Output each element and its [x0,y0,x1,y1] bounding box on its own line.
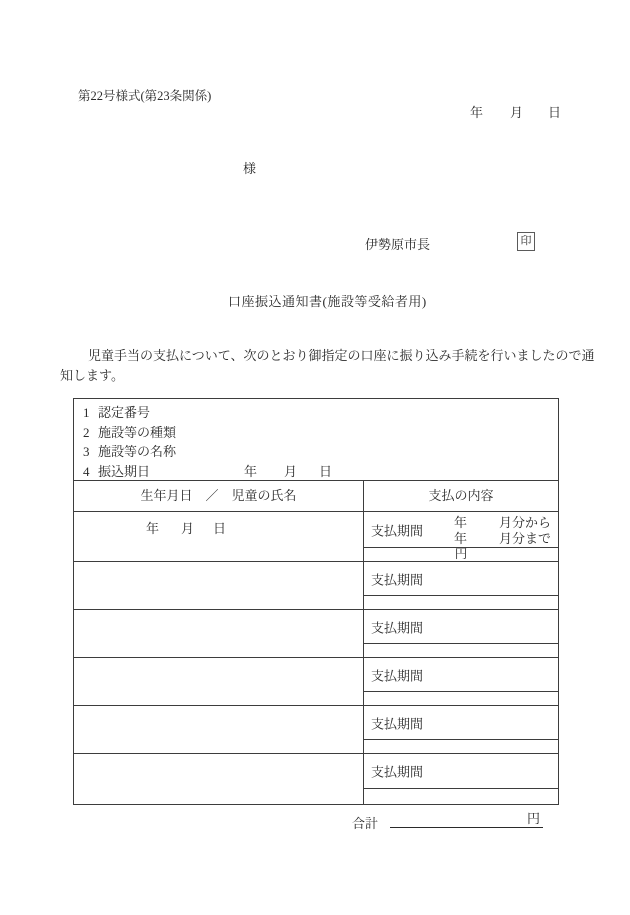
document-page: 第22号様式(第23条関係) 年 月 日 様 伊勢原市長 印 口座振込通知書(施… [0,0,630,915]
payment-period-cell: 支払期間 [364,754,558,789]
issue-date-month-label: 月 [510,102,523,121]
info-item-number: 4 [83,462,90,482]
child-info-cell-empty [74,562,364,609]
payment-table-row: 支払期間 [74,562,558,610]
header-birthdate-childname: 生年月日 ／ 児童の氏名 [74,481,364,511]
payment-table-row: 支払期間 [74,610,558,658]
info-item-transfer-date: 4 振込期日 年 月 日 [74,462,558,482]
info-item-number: 2 [83,423,90,443]
payment-period-cell: 支払期間 年 月分から 年 月分まで [364,512,558,548]
info-item-label: 振込期日 [98,462,150,482]
seal-mark-box: 印 [517,232,535,251]
payment-period-cell: 支払期間 [364,562,558,596]
amount-cell-empty [364,740,558,753]
child-info-cell-empty [74,610,364,657]
addressee-honorific: 様 [243,158,256,177]
child-info-cell-empty [74,706,364,753]
info-item-number: 3 [83,442,90,462]
total-amount-blank-line: 円 [390,810,543,828]
birth-day-label: 日 [213,518,226,537]
period-from-year-label: 年 [454,515,467,530]
transfer-date-year-label: 年 [244,462,257,482]
payment-period-cell: 支払期間 [364,706,558,740]
payment-period-label: 支払期間 [371,617,423,636]
body-paragraph-line1: 児童手当の支払について、次のとおり御指定の口座に振り込み手続を行いましたので通 [88,345,594,364]
payment-period-label: 支払期間 [371,713,423,732]
info-item-label: 施設等の種類 [98,423,176,443]
payment-table-row: 支払期間 [74,754,558,804]
payment-table-row: 支払期間 [74,706,558,754]
payment-period-label: 支払期間 [371,762,423,781]
info-item-number: 1 [83,403,90,423]
birth-year-label: 年 [146,518,159,537]
transfer-date-month-label: 月 [284,462,297,482]
info-item-facility-name: 3 施設等の名称 [74,442,558,462]
payment-notification-table: 1 認定番号 2 施設等の種類 3 施設等の名称 4 振込期日 年 月 日 生年… [73,398,559,805]
payment-period-cell: 支払期間 [364,658,558,692]
amount-cell: 円 [364,548,558,561]
amount-cell-empty [364,596,558,609]
period-to-year-label: 年 [454,531,467,546]
child-info-cell-empty [74,754,364,804]
info-item-certification-number: 1 認定番号 [74,403,558,423]
amount-cell-empty [364,644,558,657]
sender-title: 伊勢原市長 [365,234,430,253]
table-header-row: 生年月日 ／ 児童の氏名 支払の内容 [74,481,558,512]
info-item-label: 認定番号 [98,403,150,423]
document-title: 口座振込通知書(施設等受給者用) [228,291,427,310]
info-section: 1 認定番号 2 施設等の種類 3 施設等の名称 4 振込期日 年 月 日 [74,399,558,481]
header-payment-details: 支払の内容 [364,481,558,511]
payment-period-label: 支払期間 [371,665,423,684]
birth-month-label: 月 [181,518,194,537]
child-info-cell-empty [74,658,364,705]
amount-cell-empty [364,692,558,705]
form-number-label: 第22号様式(第23条関係) [78,86,211,104]
seal-mark: 印 [521,235,532,247]
payment-period-cell: 支払期間 [364,610,558,644]
issue-date-year-label: 年 [470,102,483,121]
payment-period-to-line: 年 月分まで [364,531,558,546]
info-item-label: 施設等の名称 [98,442,176,462]
issue-date-day-label: 日 [548,102,561,121]
period-to-suffix: 月分まで [499,531,551,546]
info-item-facility-type: 2 施設等の種類 [74,423,558,443]
total-amount-unit-label: 円 [527,811,540,826]
payment-table-row: 支払期間 [74,658,558,706]
payment-table-row-first: 年 月 日 支払期間 年 月分から 年 月分まで 円 [74,512,558,562]
body-paragraph-line2: 知します。 [60,365,124,384]
period-from-suffix: 月分から [499,515,551,530]
child-info-cell: 年 月 日 [74,512,364,561]
amount-unit-label: 円 [455,547,468,561]
payment-period-label: 支払期間 [371,569,423,588]
transfer-date-day-label: 日 [319,462,332,482]
total-label: 合計 [352,813,378,832]
payment-period-from-line: 年 月分から [364,515,558,530]
amount-cell-empty [364,789,558,804]
